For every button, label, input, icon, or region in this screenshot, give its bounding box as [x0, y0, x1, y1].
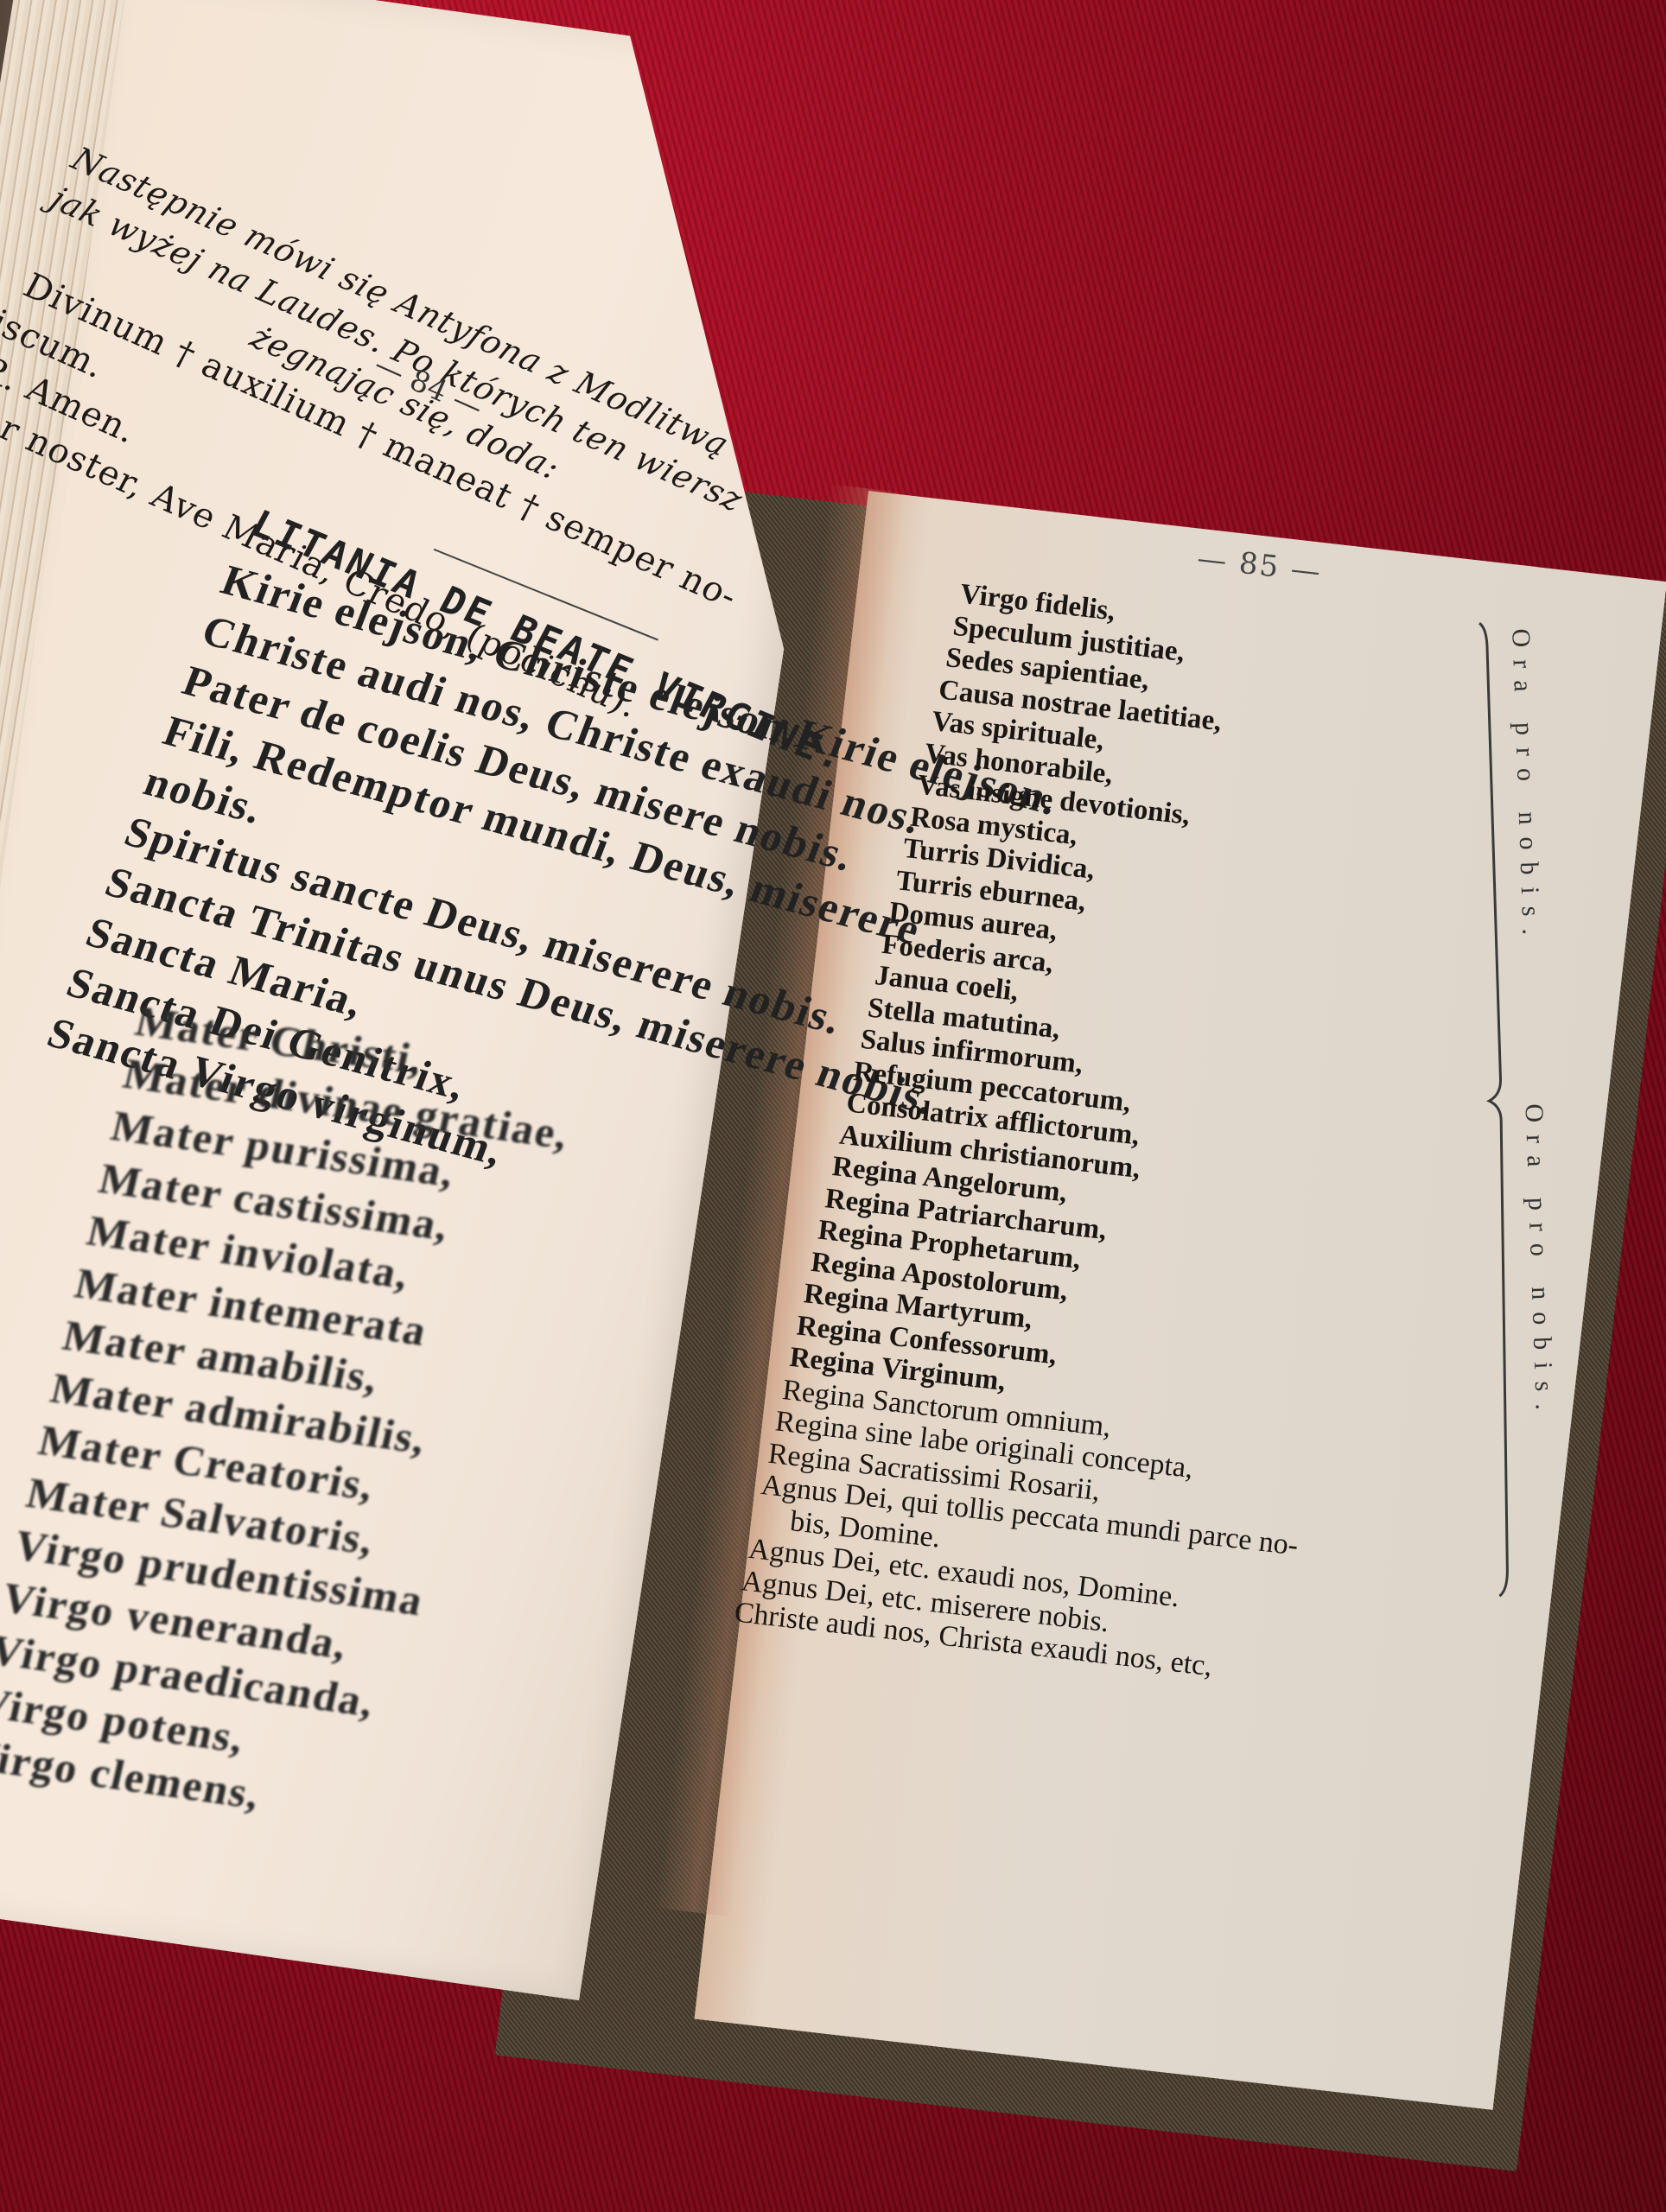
ora-pro-nobis-label: Ora pro nobis.	[1519, 1103, 1560, 1422]
ora-pro-nobis-label: Ora pro nobis.	[1505, 628, 1546, 947]
